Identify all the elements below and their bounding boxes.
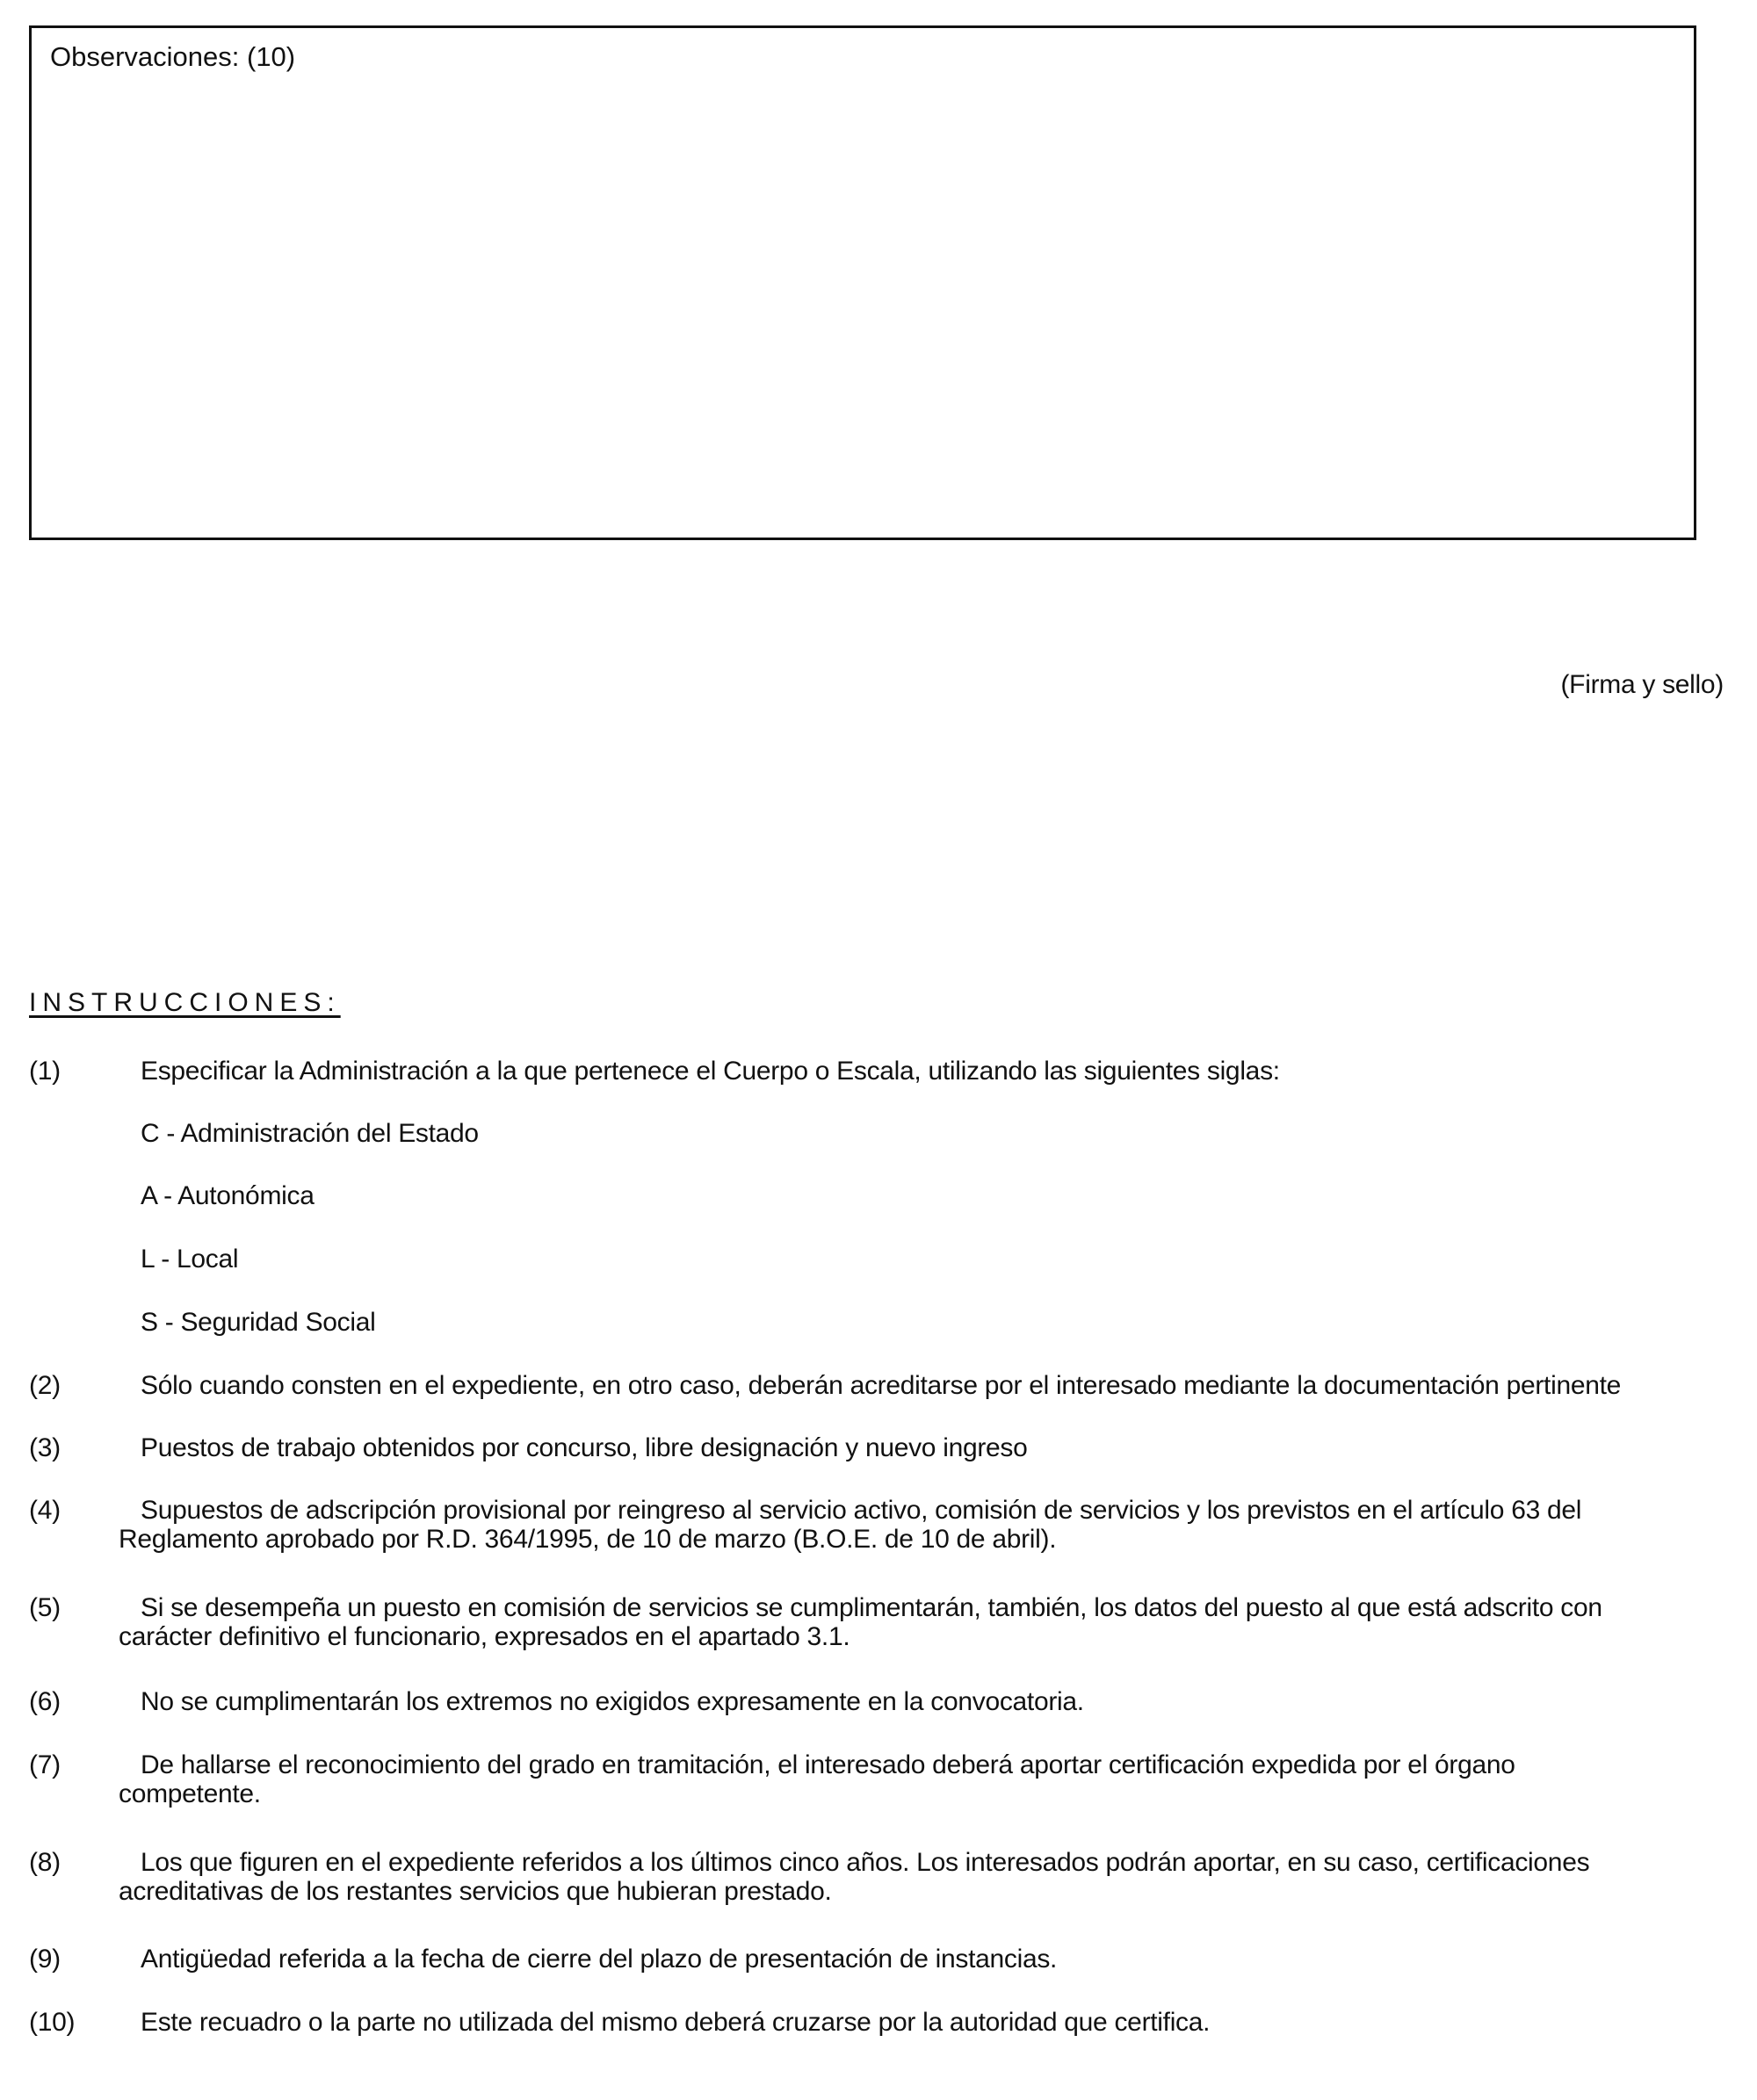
instruction-number: (5) <box>29 1593 61 1623</box>
instruction-text-line-2: competente. <box>119 1779 1753 1808</box>
instruction-number: (2) <box>29 1371 61 1401</box>
instruction-text: No se cumplimentarán los extremos no exi… <box>141 1687 1753 1716</box>
observations-box[interactable]: Observaciones: (10) <box>29 25 1696 540</box>
instruction-text-line-1: Los que figuren en el expediente referid… <box>119 1848 1589 1877</box>
sigla-option-c: C - Administración del Estado <box>141 1119 479 1149</box>
instruction-number: (10) <box>29 2008 75 2038</box>
instruction-text: Este recuadro o la parte no utilizada de… <box>141 2008 1753 2037</box>
instruction-text-line-1: De hallarse el reconocimiento del grado … <box>119 1750 1515 1779</box>
instruction-text-line-2: Reglamento aprobado por R.D. 364/1995, d… <box>119 1525 1753 1554</box>
sigla-option-a: A - Autonómica <box>141 1181 315 1211</box>
instruction-text: Especificar la Administración a la que p… <box>141 1057 1753 1086</box>
instruction-text: Puestos de trabajo obtenidos por concurs… <box>141 1433 1753 1462</box>
instruction-number: (4) <box>29 1496 61 1526</box>
instruction-number: (8) <box>29 1848 61 1878</box>
signature-stamp-label: (Firma y sello) <box>1560 670 1724 700</box>
instruction-text-line-2: carácter definitivo el funcionario, expr… <box>119 1622 1753 1651</box>
instruction-number: (3) <box>29 1433 61 1463</box>
instruction-number: (6) <box>29 1687 61 1717</box>
observations-label: Observaciones: (10) <box>50 41 295 73</box>
sigla-option-l: L - Local <box>141 1245 238 1274</box>
instruction-text: Sólo cuando consten en el expediente, en… <box>141 1371 1753 1400</box>
instruction-text-line-2: acreditativas de los restantes servicios… <box>119 1877 1753 1906</box>
instruction-number: (9) <box>29 1945 61 1974</box>
instruction-text-line-1: Supuestos de adscripción provisional por… <box>119 1496 1581 1525</box>
instructions-title: INSTRUCCIONES: <box>29 988 341 1018</box>
instruction-text: Antigüedad referida a la fecha de cierre… <box>141 1945 1753 1974</box>
instruction-number: (7) <box>29 1750 61 1780</box>
sigla-option-s: S - Seguridad Social <box>141 1308 376 1338</box>
instruction-text-line-1: Si se desempeña un puesto en comisión de… <box>119 1593 1602 1622</box>
instruction-number: (1) <box>29 1057 61 1086</box>
